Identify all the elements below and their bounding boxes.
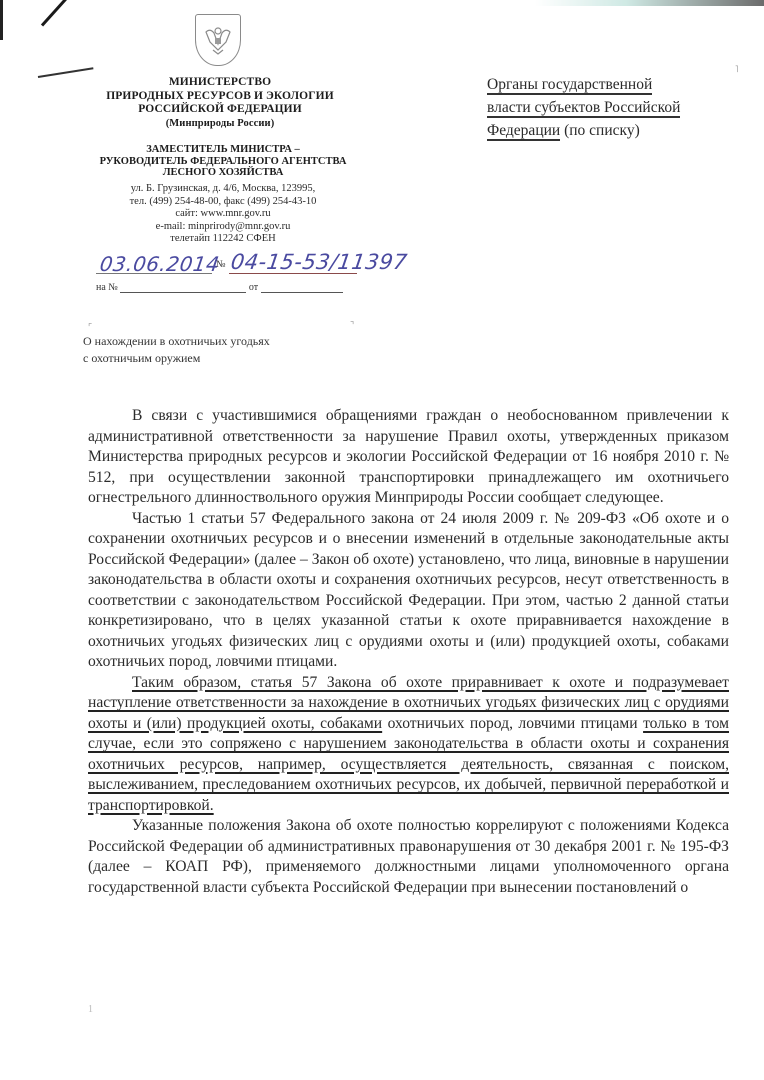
ministry-line: РОССИЙСКОЙ ФЕДЕРАЦИИ xyxy=(84,103,356,117)
recipient-line-rest: (по списку) xyxy=(560,122,640,139)
recipient-line: Федерации xyxy=(487,122,560,141)
ministry-short-name: (Минприроды России) xyxy=(84,117,356,131)
ministry-name: МИНИСТЕРСТВО ПРИРОДНЫХ РЕСУРСОВ И ЭКОЛОГ… xyxy=(84,76,356,130)
paragraph: Частью 1 статьи 57 Федерального закона о… xyxy=(88,509,729,673)
ministry-line: ПРИРОДНЫХ РЕСУРСОВ И ЭКОЛОГИИ xyxy=(84,90,356,104)
subject-line: О нахождении в охотничьих угодьях xyxy=(83,333,383,350)
scan-edge-left xyxy=(0,0,3,40)
recipient-line: Органы государственной xyxy=(487,76,652,95)
letter-subject: О нахождении в охотничьих угодьях с охот… xyxy=(83,333,383,367)
signatory-line: ЛЕСНОГО ХОЗЯЙСТВА xyxy=(80,167,366,179)
reference-from: от xyxy=(249,282,258,293)
paragraph: Указанные положения Закона об охоте полн… xyxy=(88,816,729,898)
handwritten-registration-number: 04-15-53/11397 xyxy=(229,250,409,274)
signatory-line: РУКОВОДИТЕЛЬ ФЕДЕРАЛЬНОГО АГЕНТСТВА xyxy=(80,156,366,168)
reference-prefix: на № xyxy=(96,282,118,293)
number-sign: № xyxy=(216,259,226,270)
phone-fax-line: тел. (499) 254-48-00, факс (499) 254-43-… xyxy=(92,196,354,209)
subject-corner-mark: ⌜ xyxy=(88,322,92,333)
reference-line: на № от xyxy=(96,282,343,293)
ministry-line: МИНИСТЕРСТВО xyxy=(84,76,356,90)
registration-line: 03.06.2014 № 04-15-53/11397 xyxy=(96,250,436,276)
scan-edge-top xyxy=(0,0,764,6)
signatory-title: ЗАМЕСТИТЕЛЬ МИНИСТРА – РУКОВОДИТЕЛЬ ФЕДЕ… xyxy=(80,144,366,179)
reference-number-blank xyxy=(120,282,246,293)
scan-artifact: ˥ xyxy=(735,64,738,74)
page-marker: 1 xyxy=(88,1004,93,1015)
recipient-line: власти субъектов Российской xyxy=(487,99,680,118)
paragraph-highlighted: Таким образом, статья 57 Закона об охоте… xyxy=(88,673,729,817)
subject-corner-mark: ⌝ xyxy=(350,320,354,331)
contact-address: ул. Б. Грузинская, д. 4/6, Москва, 12399… xyxy=(92,183,354,246)
paragraph: В связи с участившимися обращениями граж… xyxy=(88,406,729,509)
recipient-block: Органы государственной власти субъектов … xyxy=(487,73,747,142)
address-line: ул. Б. Грузинская, д. 4/6, Москва, 12399… xyxy=(92,183,354,196)
subject-line: с охотничьим оружием xyxy=(83,350,383,367)
reference-date-blank xyxy=(261,282,343,293)
email-line: e-mail: minprirody@mnr.gov.ru xyxy=(92,221,354,234)
signatory-line: ЗАМЕСТИТЕЛЬ МИНИСТРА – xyxy=(80,144,366,156)
plain-text: охотничьих пород, ловчими птицами xyxy=(382,715,643,732)
website-line: сайт: www.mnr.gov.ru xyxy=(92,208,354,221)
letter-body: В связи с участившимися обращениями граж… xyxy=(88,406,729,898)
coat-of-arms-icon xyxy=(195,14,241,66)
double-headed-eagle-icon xyxy=(202,22,234,58)
number-underline xyxy=(229,273,357,274)
teletype-line: телетайп 112242 СФЕН xyxy=(92,233,354,246)
date-underline xyxy=(96,273,212,274)
